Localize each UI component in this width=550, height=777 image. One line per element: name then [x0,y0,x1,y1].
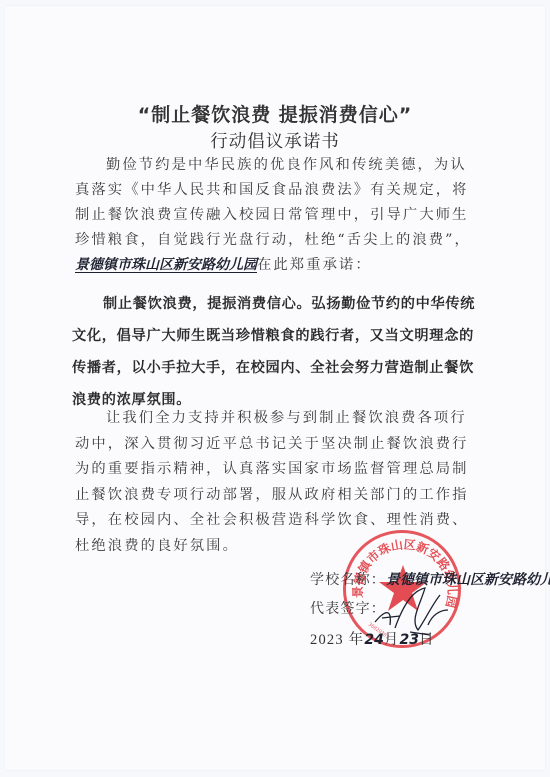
paragraph-intro-tail: 在此郑重承诺： [257,257,372,273]
date-month-label: 月 [384,632,400,648]
handwritten-school-name: 景德镇市珠山区新安路幼儿园 [75,257,257,273]
date-year: 2023 年 [310,632,364,648]
document-subtitle: 行动倡议承诺书 [0,128,550,153]
paragraph-pledge-text: 制止餐饮浪费，提振消费信心。弘扬勤俭节约的中华传统文化，倡导广大师生既当珍惜粮食… [72,296,475,408]
date-day-label: 日 [419,632,435,648]
date-day: 23 [400,632,419,648]
paragraph-pledge: 制止餐饮浪费，提振消费信心。弘扬勤俭节约的中华传统文化，倡导广大师生既当珍惜粮食… [72,288,482,416]
document-title: “制止餐饮浪费 提振消费信心” [0,100,550,127]
date-month: 24 [364,632,383,648]
paragraph-intro: 勤俭节约是中华民族的优良作风和传统美德，为认真落实《中华人民共和国反食品浪费法》… [75,153,475,278]
paragraph-intro-text: 勤俭节约是中华民族的优良作风和传统美德，为认真落实《中华人民共和国反食品浪费法》… [75,157,471,248]
date-row: 2023 年24月23日 [310,628,435,649]
